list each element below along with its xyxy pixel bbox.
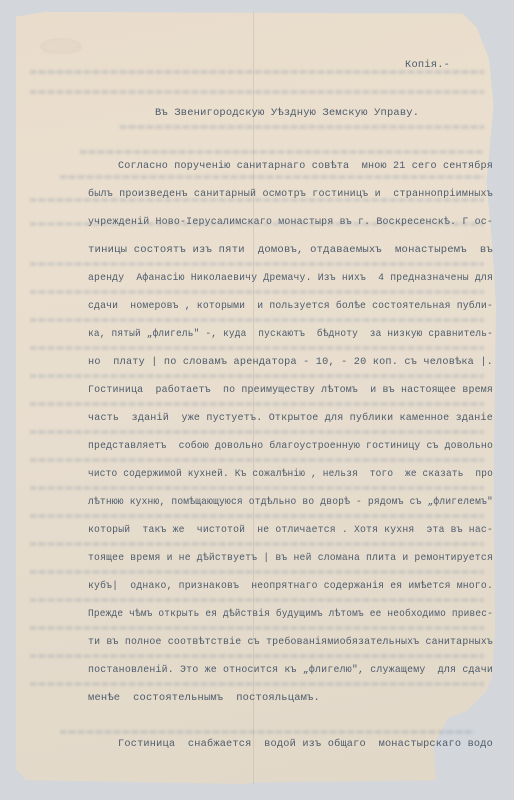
body-line: Согласно порученію санитарнаго совѣта мн… [118,160,493,172]
show-through-text [30,374,484,378]
body-line: но плату | по словамъ арендатора - 10, -… [88,356,493,368]
body-line: Гостиница работаетъ по преимуществу лѣто… [88,384,493,396]
show-through-text [30,654,484,658]
body-line: Гостиница снабжается водой изъ общаго мо… [118,738,493,750]
body-line: который такъ же чистотой не отличается .… [88,524,493,536]
show-through-text [30,626,484,630]
show-through-text [30,542,484,546]
body-line: ка, пятый „флигель" -, куда пускаютъ бѣд… [88,328,493,340]
show-through-text [30,262,484,266]
show-through-text [30,514,484,518]
show-through-text [60,730,474,734]
body-line: кубъ| однако, признаковъ неопрятнаго сод… [88,580,493,592]
show-through-text [30,290,484,294]
body-line: менѣе состоятельнымъ постояльцамъ. [88,692,320,704]
body-line: чисто содержимой кухней. Къ сожалѣнію , … [88,468,493,480]
body-line: тиницы состоятъ изъ пяти домовъ, отдавае… [88,244,493,256]
show-through-text [30,570,484,574]
show-through-text [30,346,484,350]
show-through-text [30,430,484,434]
embossed-stamp [40,38,82,54]
body-line: былъ произведенъ санитарный осмотръ гост… [88,188,493,200]
body-line: тоящее время и не дѣйствуетъ | въ ней сл… [88,552,493,564]
body-line: лѣтнюю кухню, помѣщающуюся отдѣльно во д… [88,496,493,508]
addressee: Въ Звенигородскую Уѣздную Земскую Управу… [155,107,419,119]
show-through-text [80,150,484,154]
show-through-text [30,458,484,462]
show-through-text [120,125,484,129]
show-through-text [30,682,484,686]
body-line: аренду Афанасію Николаевичу Дремачу. Изъ… [88,272,493,284]
body-line: сдачи номеровъ , которыми и пользуется б… [88,300,493,312]
body-line: Прежде чѣмъ открыть ея дѣйствія будущимъ… [88,608,493,620]
show-through-text [30,598,484,602]
body-line: часть зданій уже пустуетъ. Открытое для … [88,412,493,424]
body-line: ти въ полное соотвѣтствіе съ требованіям… [88,636,493,648]
body-line: постановленій. Это же относится къ „флиг… [88,664,493,676]
show-through-text [30,486,484,490]
copy-mark: Копія.- [405,59,450,71]
show-through-text [30,318,484,322]
body-line: представляетъ собою довольно благоустрое… [88,440,493,452]
show-through-text [30,402,484,406]
body-line: учрежденій Ново-Іерусалимскаго монастыря… [88,216,493,228]
show-through-text [60,175,484,179]
show-through-text [30,90,484,94]
